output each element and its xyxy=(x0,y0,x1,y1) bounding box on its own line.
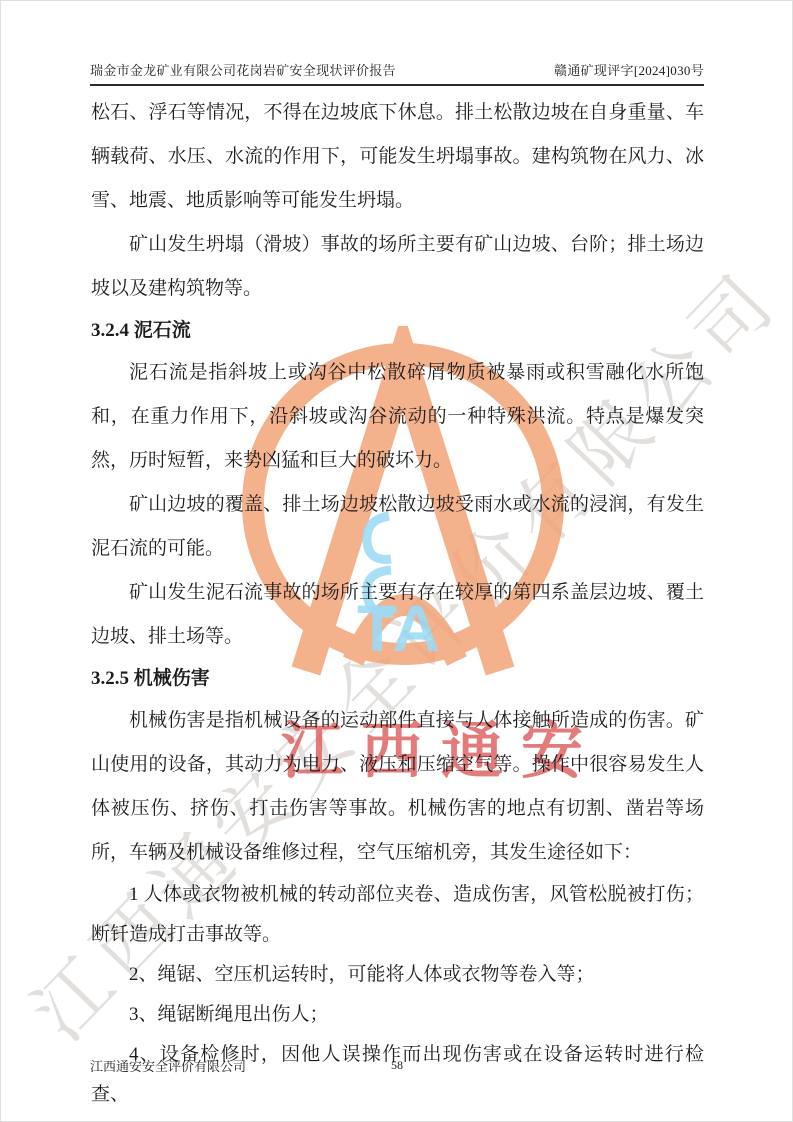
paragraph: 松石、浮石等情况，不得在边坡底下休息。排土松散边坡在自身重量、车辆载荷、水压、水… xyxy=(91,91,704,223)
page-header: 瑞金市金龙矿业有限公司花岗岩矿安全现状评价报告 赣通矿现评字[2024]030号 xyxy=(90,51,704,86)
section-heading-3-2-5: 3.2.5 机械伤害 xyxy=(91,659,704,699)
paragraph: 机械伤害是指机械设备的运动部件直接与人体接触所造成的伤害。矿山使用的设备，其动力… xyxy=(91,699,704,875)
document-body: 松石、浮石等情况，不得在边坡底下休息。排土松散边坡在自身重量、车辆载荷、水压、水… xyxy=(91,91,704,1115)
list-item-1: 1 人体或衣物被机械的转动部位夹卷、造成伤害，风管松脱被打伤；断钎造成打击事故等… xyxy=(91,875,704,955)
paragraph: 泥石流是指斜坡上或沟谷中松散碎屑物质被暴雨或积雪融化水所饱和，在重力作用下，沿斜… xyxy=(91,351,704,483)
section-heading-3-2-4: 3.2.4 泥石流 xyxy=(91,311,704,351)
header-report-title: 瑞金市金龙矿业有限公司花岗岩矿安全现状评价报告 xyxy=(90,60,396,79)
header-doc-number: 赣通矿现评字[2024]030号 xyxy=(554,60,704,79)
list-item-2: 2、绳锯、空压机运转时，可能将人体或衣物等卷入等； xyxy=(91,955,704,995)
document-page: 江西通安安全评价有限公司 TA 江西通安 瑞金市金龙矿业有限公司花岗岩矿安全现状… xyxy=(0,0,793,1122)
page-number: 58 xyxy=(90,1058,704,1073)
paragraph: 矿山发生坍塌（滑坡）事故的场所主要有矿山边坡、台阶；排土场边坡以及建构筑物等。 xyxy=(91,223,704,311)
paragraph: 矿山发生泥石流事故的场所主要有存在较厚的第四系盖层边坡、覆土边坡、排土场等。 xyxy=(91,571,704,659)
list-item-4: 4、设备检修时，因他人误操作而出现伤害或在设备运转时进行检查、 xyxy=(91,1035,704,1115)
paragraph: 矿山边坡的覆盖、排土场边坡松散边坡受雨水或水流的浸润，有发生泥石流的可能。 xyxy=(91,483,704,571)
list-item-3: 3、绳锯断绳甩出伤人； xyxy=(91,995,704,1035)
